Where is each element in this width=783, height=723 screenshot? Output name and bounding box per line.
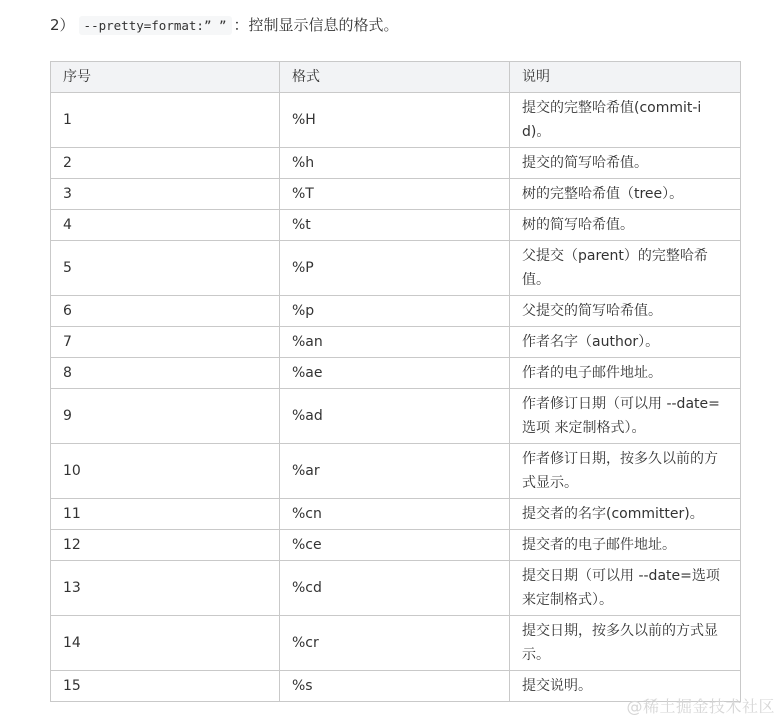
cell-format: %an [280,327,510,358]
cell-format: %p [280,296,510,327]
table-row: 14%cr提交日期，按多久以前的方式显示。 [51,616,741,671]
table-row: 1%H提交的完整哈希值(commit-id)。 [51,93,741,148]
cell-description: 父提交的简写哈希值。 [510,296,741,327]
format-table: 序号 格式 说明 1%H提交的完整哈希值(commit-id)。2%h提交的简写… [50,61,741,702]
cell-description: 提交日期（可以用 --date=选项 来定制格式）。 [510,561,741,616]
table-row: 7%an作者名字（author）。 [51,327,741,358]
cell-description: 提交者的电子邮件地址。 [510,530,741,561]
cell-format: %ae [280,358,510,389]
table-row: 3%T树的完整哈希值（tree）。 [51,179,741,210]
cell-index: 11 [51,499,280,530]
cell-format: %P [280,241,510,296]
table-row: 8%ae作者的电子邮件地址。 [51,358,741,389]
table-body: 1%H提交的完整哈希值(commit-id)。2%h提交的简写哈希值。3%T树的… [51,93,741,702]
cell-index: 10 [51,444,280,499]
header-description: 说明 [510,62,741,93]
cell-index: 9 [51,389,280,444]
cell-description: 父提交（parent）的完整哈希值。 [510,241,741,296]
table-row: 12%ce提交者的电子邮件地址。 [51,530,741,561]
cell-format: %cr [280,616,510,671]
table-row: 5%P父提交（parent）的完整哈希值。 [51,241,741,296]
cell-index: 3 [51,179,280,210]
cell-description: 树的完整哈希值（tree）。 [510,179,741,210]
section-number: 2） [50,16,75,34]
table-row: 9%ad作者修订日期（可以用 --date=选项 来定制格式）。 [51,389,741,444]
cell-format: %t [280,210,510,241]
watermark: @稀土掘金技术社区 [626,694,775,717]
inline-code: --pretty=format:” ” [79,16,232,35]
cell-index: 6 [51,296,280,327]
cell-format: %ad [280,389,510,444]
table-header-row: 序号 格式 说明 [51,62,741,93]
cell-index: 8 [51,358,280,389]
cell-format: %ce [280,530,510,561]
cell-index: 1 [51,93,280,148]
header-index: 序号 [51,62,280,93]
cell-format: %cd [280,561,510,616]
cell-index: 14 [51,616,280,671]
cell-description: 提交的简写哈希值。 [510,148,741,179]
cell-index: 5 [51,241,280,296]
cell-description: 提交日期，按多久以前的方式显示。 [510,616,741,671]
cell-index: 7 [51,327,280,358]
header-format: 格式 [280,62,510,93]
cell-description: 作者修订日期，按多久以前的方式显示。 [510,444,741,499]
cell-index: 13 [51,561,280,616]
cell-format: %h [280,148,510,179]
table-row: 4%t树的简写哈希值。 [51,210,741,241]
cell-format: %H [280,93,510,148]
table-row: 10%ar作者修订日期，按多久以前的方式显示。 [51,444,741,499]
cell-format: %s [280,671,510,702]
cell-index: 4 [51,210,280,241]
table-row: 11%cn提交者的名字(committer)。 [51,499,741,530]
cell-description: 提交的完整哈希值(commit-id)。 [510,93,741,148]
cell-description: 提交者的名字(committer)。 [510,499,741,530]
cell-format: %T [280,179,510,210]
cell-description: 作者名字（author）。 [510,327,741,358]
cell-format: %cn [280,499,510,530]
cell-index: 2 [51,148,280,179]
cell-description: 作者修订日期（可以用 --date=选项 来定制格式）。 [510,389,741,444]
cell-description: 树的简写哈希值。 [510,210,741,241]
table-row: 2%h提交的简写哈希值。 [51,148,741,179]
cell-index: 15 [51,671,280,702]
cell-format: %ar [280,444,510,499]
table-row: 13%cd提交日期（可以用 --date=选项 来定制格式）。 [51,561,741,616]
table-row: 6%p父提交的简写哈希值。 [51,296,741,327]
cell-index: 12 [51,530,280,561]
section-description: ：控制显示信息的格式。 [234,16,399,34]
cell-description: 作者的电子邮件地址。 [510,358,741,389]
section-intro: 2）--pretty=format:” ”：控制显示信息的格式。 [50,13,399,38]
